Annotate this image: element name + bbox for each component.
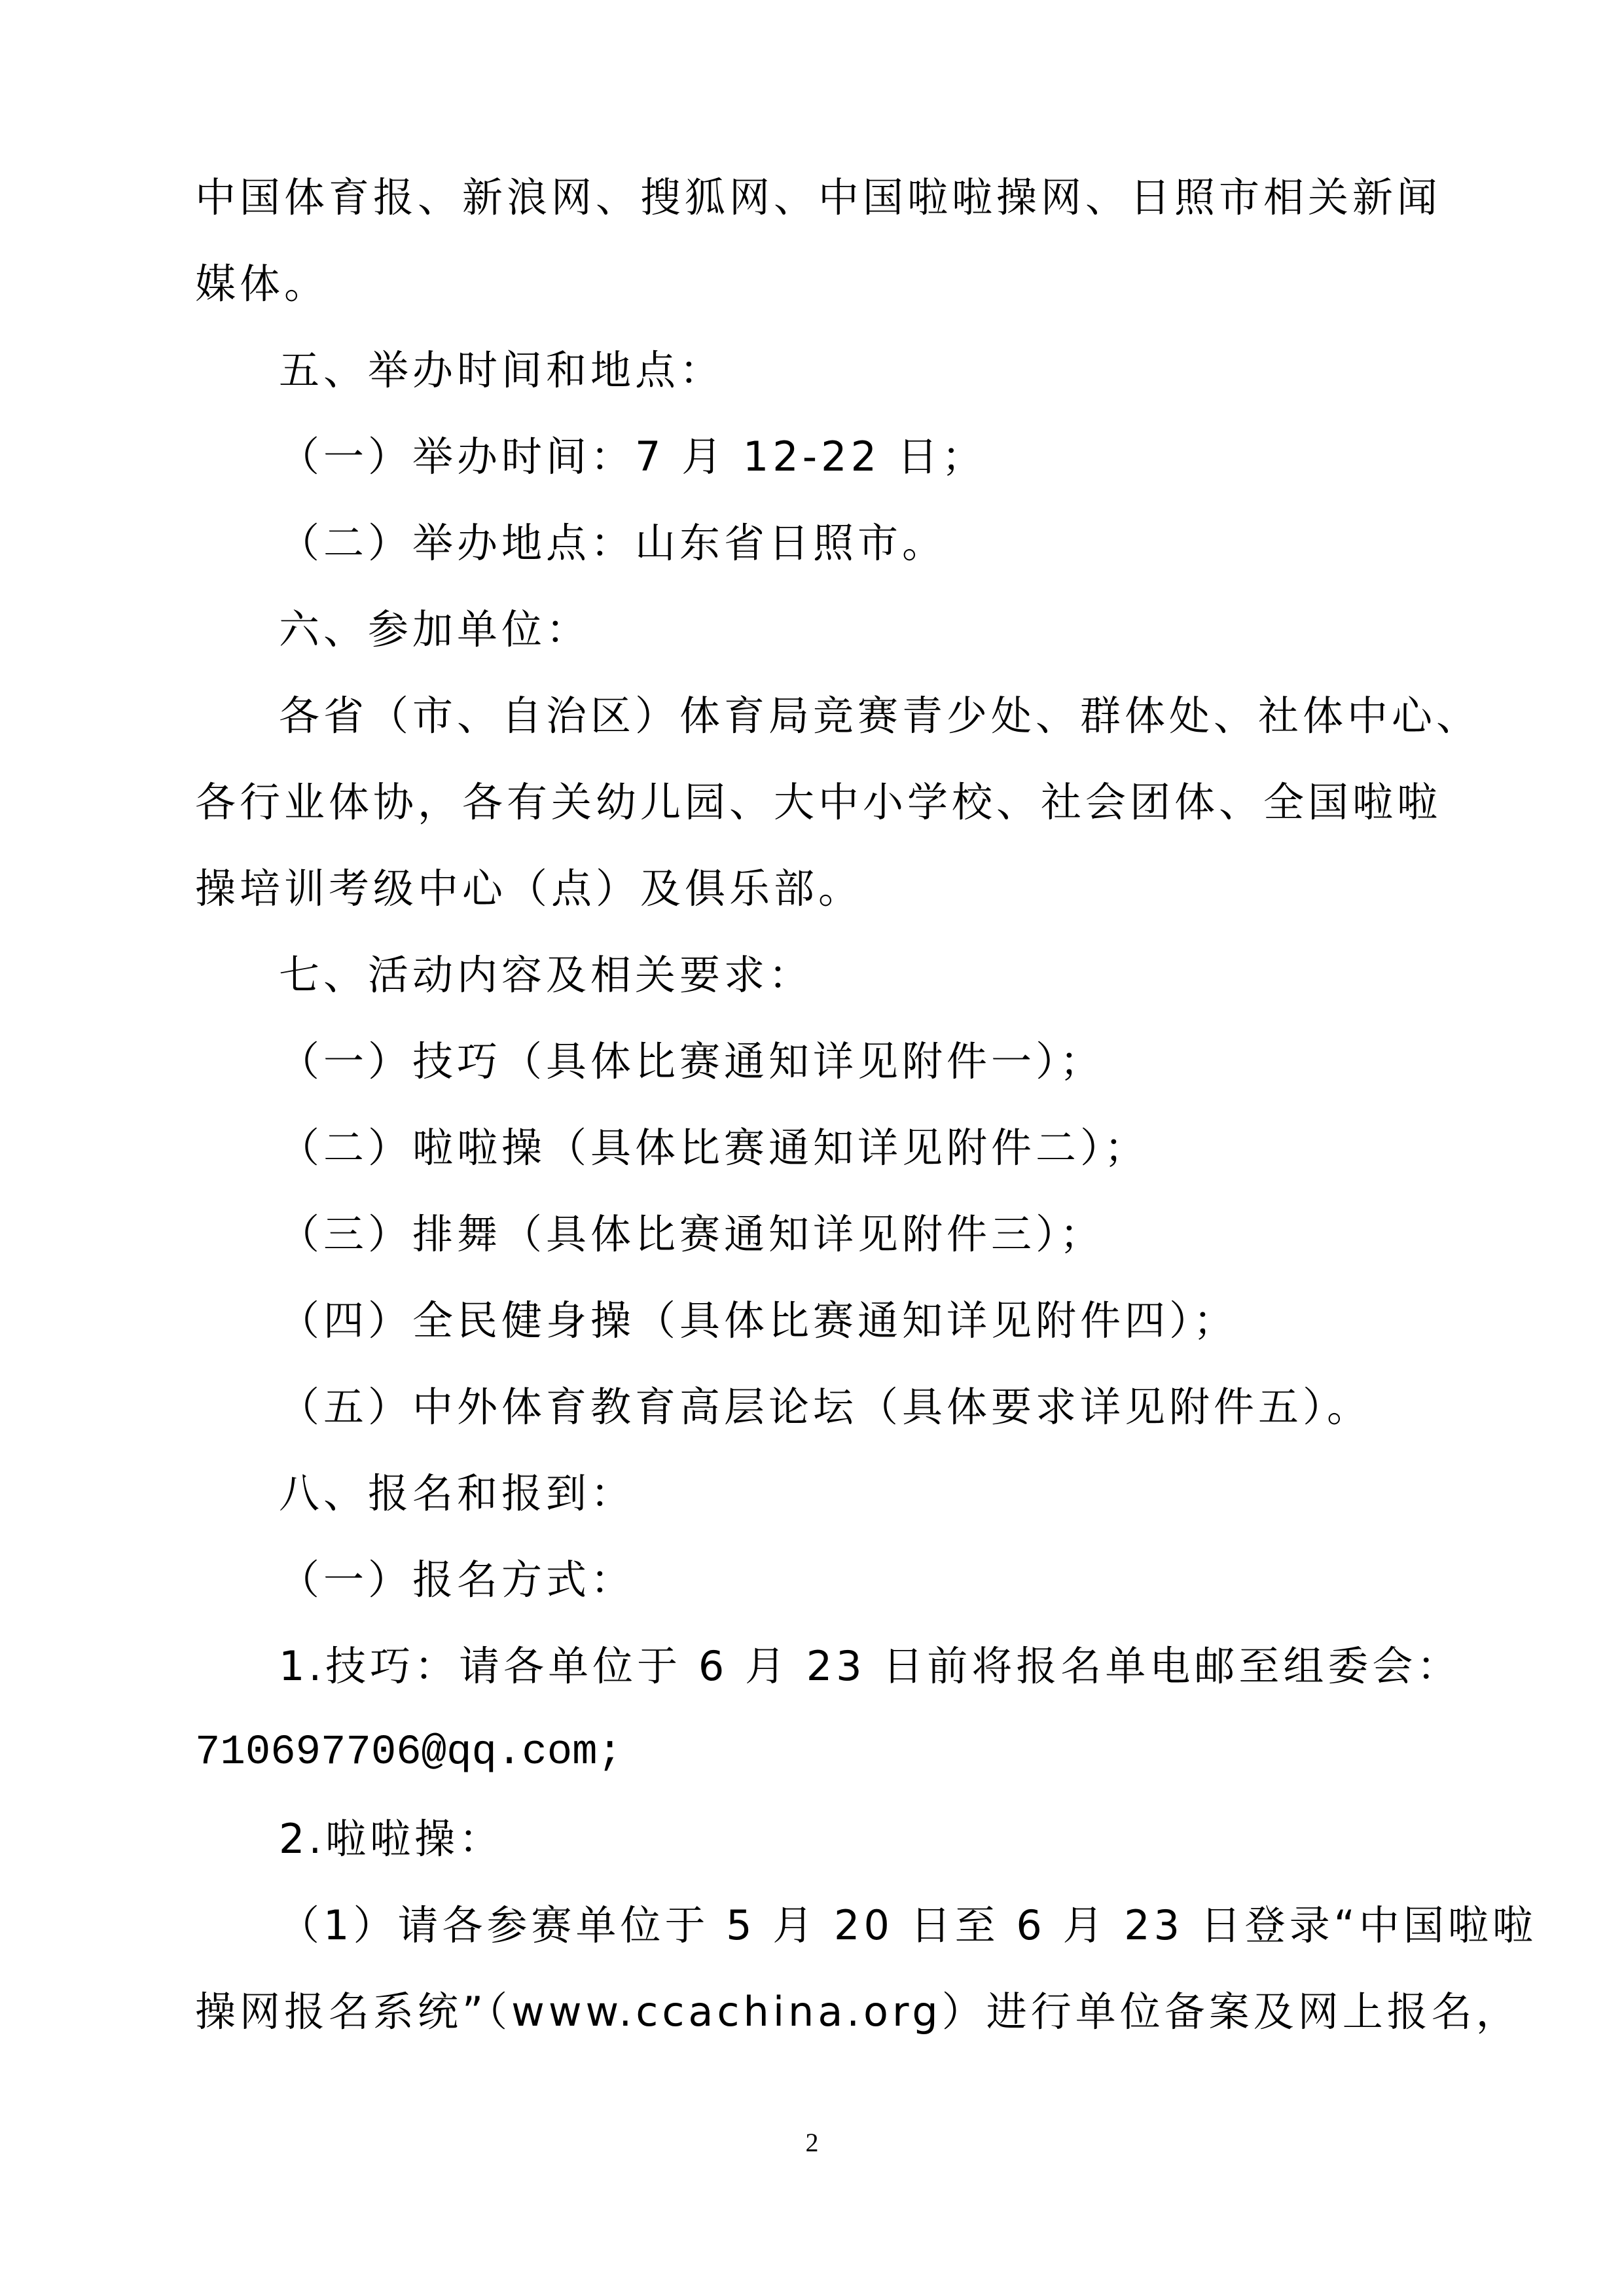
paragraph-cheerleading-registration-line-1: （1）请各参赛单位于 5 月 20 日至 6 月 23 日登录“中国啦啦 — [195, 1882, 1432, 1969]
list-item-cheerleading: （二）啦啦操（具体比赛通知详见附件二）； — [195, 1105, 1432, 1191]
section-heading-registration: 八、报名和报到： — [195, 1450, 1432, 1537]
list-item-acrobatics: （一）技巧（具体比赛通知详见附件一）； — [195, 1018, 1432, 1105]
subsection-heading-registration-method: （一）报名方式： — [195, 1537, 1432, 1623]
list-item-forum: （五）中外体育教育高层论坛（具体要求详见附件五）。 — [195, 1364, 1432, 1450]
paragraph-participants-line-2: 各行业体协，各有关幼儿园、大中小学校、社会团体、全国啦啦 — [195, 759, 1432, 846]
subsection-heading-cheerleading: 2.啦啦操： — [195, 1796, 1432, 1882]
paragraph-media-list-line-1: 中国体育报、新浪网、搜狐网、中国啦啦操网、日照市相关新闻 — [195, 154, 1432, 241]
document-page: 中国体育报、新浪网、搜狐网、中国啦啦操网、日照市相关新闻 媒体。 五、举办时间和… — [0, 0, 1624, 2296]
paragraph-media-list-line-2: 媒体。 — [195, 241, 1432, 327]
paragraph-participants-line-3: 操培训考级中心（点）及俱乐部。 — [195, 846, 1432, 932]
paragraph-acrobatics-registration: 1.技巧：请各单位于 6 月 23 日前将报名单电邮至组委会： — [195, 1623, 1432, 1710]
section-heading-activities: 七、活动内容及相关要求： — [195, 932, 1432, 1018]
list-item-location: （二）举办地点：山东省日照市。 — [195, 500, 1432, 586]
section-heading-participants: 六、参加单位： — [195, 586, 1432, 673]
list-item-time: （一）举办时间：7 月 12-22 日； — [195, 414, 1432, 500]
page-number: 2 — [0, 2127, 1624, 2158]
paragraph-participants-line-1: 各省（市、自治区）体育局竞赛青少处、群体处、社体中心、 — [195, 673, 1432, 759]
section-heading-time-location: 五、举办时间和地点： — [195, 327, 1432, 414]
paragraph-cheerleading-registration-line-2: 操网报名系统”（www.ccachina.org）进行单位备案及网上报名， — [195, 1969, 1432, 2055]
email-address: 710697706@qq.com; — [195, 1710, 1432, 1796]
document-body: 中国体育报、新浪网、搜狐网、中国啦啦操网、日照市相关新闻 媒体。 五、举办时间和… — [195, 154, 1432, 2055]
list-item-fitness: （四）全民健身操（具体比赛通知详见附件四）； — [195, 1278, 1432, 1364]
list-item-line-dance: （三）排舞（具体比赛通知详见附件三）； — [195, 1191, 1432, 1278]
